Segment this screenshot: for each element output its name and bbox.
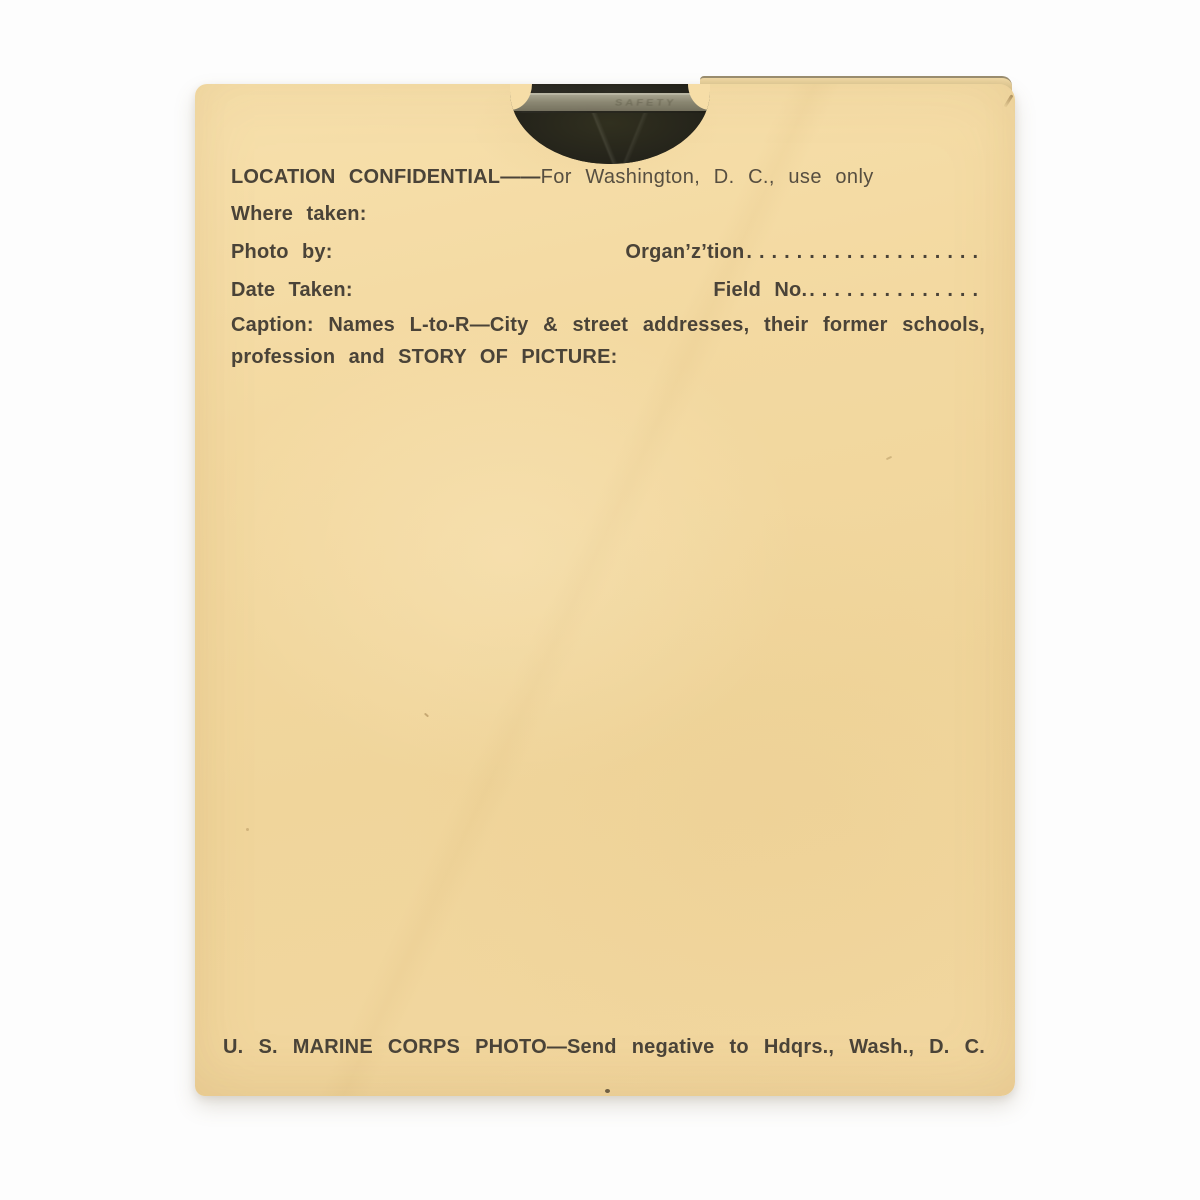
date-taken-label: Date Taken: — [231, 279, 353, 302]
header-line: LOCATION CONFIDENTIAL——For Washington, D… — [231, 166, 985, 189]
thumb-notch: SAFETY — [510, 84, 710, 164]
photo-backdrop: SAFETY LOCATION CONFIDENTIAL——For Washin… — [0, 0, 1200, 1200]
footer-line: U. S. MARINE CORPS PHOTO—Send negative t… — [223, 1036, 985, 1059]
photo-by-label: Photo by: — [231, 241, 333, 264]
envelope-front: SAFETY LOCATION CONFIDENTIAL——For Washin… — [195, 84, 1015, 1096]
paper-speck — [246, 828, 249, 831]
date-taken-row: Date Taken: Field No............... — [231, 279, 985, 302]
field-no-field: Field No............... — [713, 279, 985, 302]
confidential-label: LOCATION CONFIDENTIAL — [231, 166, 500, 188]
field-no-label: Field No. — [713, 279, 807, 301]
paper-fiber — [424, 713, 429, 718]
caption-line-1: Caption: Names L-to-R—City & street addr… — [231, 314, 985, 337]
film-edge-marking: SAFETY — [614, 96, 677, 110]
organization-dotted-line: ................... — [746, 241, 985, 263]
film-edge-strip: SAFETY — [510, 93, 710, 111]
paper-fiber — [886, 456, 892, 460]
photo-negative — [510, 113, 710, 164]
caption-line-2: profession and STORY OF PICTURE: — [231, 346, 985, 369]
organization-field: Organ’z’tion................... — [625, 241, 985, 264]
field-no-dotted-line: .............. — [809, 279, 985, 301]
where-taken-label: Where taken: — [231, 203, 985, 226]
organization-label: Organ’z’tion — [625, 241, 744, 263]
corner-crease — [1004, 94, 1014, 107]
photo-by-row: Photo by: Organ’z’tion..................… — [231, 241, 985, 264]
paper-speck — [605, 1089, 610, 1093]
header-dash: —— — [500, 166, 540, 188]
usage-note: For Washington, D. C., use only — [541, 166, 874, 188]
